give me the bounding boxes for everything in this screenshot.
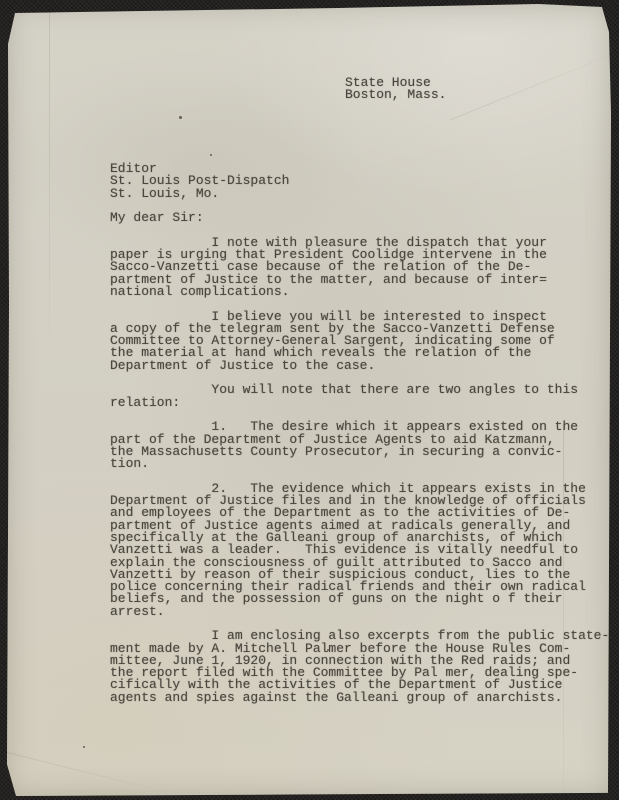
paper-crease [49,4,50,334]
recipient-address: Editor St. Louis Post-Dispatch St. Louis… [110,163,609,200]
body-paragraph-2: I believe you will be interested to insp… [110,311,609,372]
body-paragraph-3: You will note that there are two angles … [110,384,609,409]
body-paragraph-1: I note with pleasure the dispatch that y… [110,237,609,298]
letter-paper: State House Boston, Mass. Editor St. Lou… [7,4,611,796]
paper-speck [179,116,182,119]
letterhead-address: State House Boston, Mass. [345,77,446,102]
body-list-item-1: 1. The desire which it appears existed o… [110,421,609,470]
paper-speck [210,154,212,156]
body-list-item-2: 2. The evidence which it appears exists … [110,483,609,618]
paper-crease [449,56,607,121]
salutation: My dear Sir: [110,212,609,224]
letter-body: Editor St. Louis Post-Dispatch St. Louis… [110,163,609,716]
paper-crease [7,752,153,789]
paper-speck [83,746,85,748]
body-paragraph-6: I am enclosing also excerpts from the pu… [110,630,609,704]
scanned-letter-page: State House Boston, Mass. Editor St. Lou… [0,0,619,800]
